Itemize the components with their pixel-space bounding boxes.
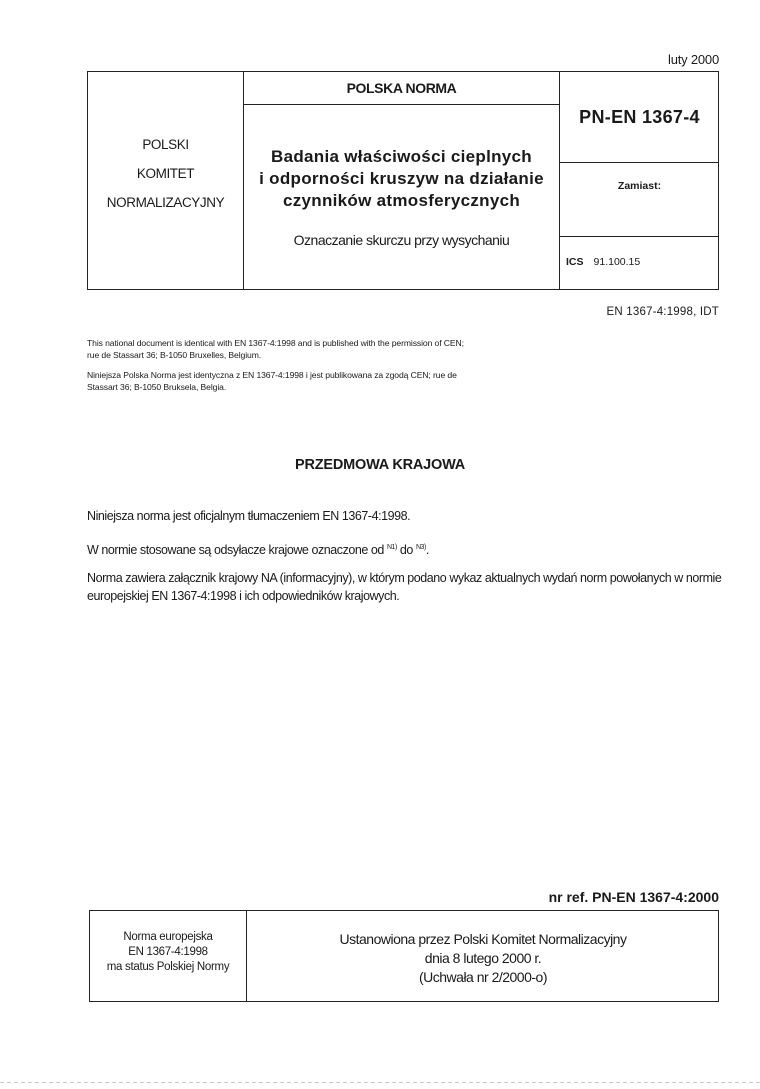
committee-line: NORMALIZACYJNY [88, 188, 243, 217]
number-divider [559, 162, 719, 163]
publication-date: luty 2000 [668, 52, 719, 67]
title-line: i odporności kruszyw na działanie [244, 168, 559, 190]
foreword-paragraph-1: Niniejsza norma jest oficjalnym tłumacze… [87, 507, 727, 525]
established-line: Ustanowiona przez Polski Komitet Normali… [247, 930, 719, 949]
foreword-paragraph-3: Norma zawiera załącznik krajowy NA (info… [87, 569, 727, 605]
committee-line: POLSKI [88, 130, 243, 159]
p2-text: W normie stosowane są odsyłacze krajowe … [87, 543, 387, 557]
scan-edge-artifact [0, 1082, 760, 1083]
p2-text: . [426, 543, 429, 557]
foreword-heading: PRZEDMOWA KRAJOWA [0, 457, 760, 473]
ics-code: ICS91.100.15 [566, 256, 640, 268]
notice-polish: Niniejsza Polska Norma jest identyczna z… [87, 370, 467, 393]
committee-line: KOMITET [88, 159, 243, 188]
eu-status-line: EN 1367-4:1998 [90, 945, 246, 960]
title-line: Badania właściwości cieplnych [244, 146, 559, 168]
established-line: (Uchwała nr 2/2000-o) [247, 968, 719, 987]
standard-number: PN-EN 1367-4 [560, 107, 719, 128]
eu-status-line: Norma europejska [90, 930, 246, 945]
footnote-ref-n3: N3) [416, 544, 426, 551]
notice-english: This national document is identical with… [87, 338, 467, 361]
document-title: Badania właściwości cieplnych i odpornoś… [244, 146, 559, 212]
p2-text: do [397, 543, 416, 557]
established-line: dnia 8 lutego 2000 r. [247, 949, 719, 968]
replaces-divider [559, 236, 719, 237]
european-norm-status: Norma europejska EN 1367-4:1998 ma statu… [90, 930, 246, 975]
doc-type-divider [243, 104, 559, 105]
footnote-ref-n1: N1) [387, 544, 397, 551]
eu-status-line: ma status Polskiej Normy [90, 960, 246, 975]
title-line: czynników atmosferycznych [244, 190, 559, 212]
reference-number: nr ref. PN-EN 1367-4:2000 [549, 889, 719, 905]
equivalence-note: EN 1367-4:1998, IDT [607, 306, 719, 318]
foreword-paragraph-2: W normie stosowane są odsyłacze krajowe … [87, 539, 727, 559]
ics-label: ICS [566, 256, 584, 268]
document-subtitle: Oznaczanie skurczu przy wysychaniu [244, 232, 559, 248]
establishment-note: Ustanowiona przez Polski Komitet Normali… [247, 930, 719, 987]
doc-type-label: POLSKA NORMA [244, 80, 559, 96]
ics-value: 91.100.15 [594, 256, 641, 268]
committee-name: POLSKI KOMITET NORMALIZACYJNY [88, 130, 243, 217]
replaces-label: Zamiast: [560, 180, 719, 192]
